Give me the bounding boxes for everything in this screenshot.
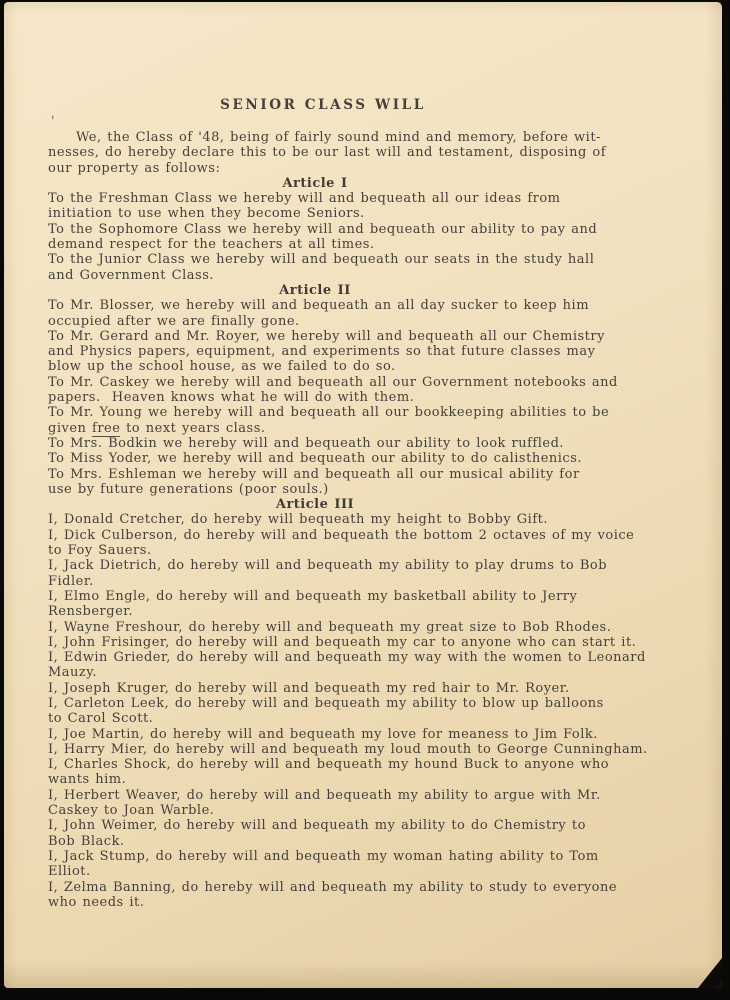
page-title: SENIOR CLASS WILL [4, 97, 642, 113]
text-line: To Mrs. Bodkin we hereby will and bequea… [48, 436, 662, 451]
text-line: occupied after we are finally gone. [48, 314, 662, 329]
text-line: I, Harry Mier, do hereby will and bequea… [48, 742, 662, 757]
text-line: papers. Heaven knows what he will do wit… [48, 390, 662, 405]
text-line: Elliot. [48, 864, 662, 879]
text-line: given free to next years class. [48, 421, 662, 436]
text-line: and Government Class. [48, 268, 662, 283]
article-heading: Article I [48, 176, 582, 191]
text-line: our property as follows: [48, 161, 662, 176]
document-page: SENIOR CLASS WILL ' We, the Class of '48… [4, 2, 722, 988]
text-line: I, Donald Cretcher, do hereby will beque… [48, 512, 662, 527]
text-line: initiation to use when they become Senio… [48, 206, 662, 221]
text-line: I, Jack Dietrich, do hereby will and beq… [48, 558, 662, 573]
article-heading: Article II [48, 283, 582, 298]
text-line: demand respect for the teachers at all t… [48, 237, 662, 252]
text-line: I, Elmo Engle, do hereby will and bequea… [48, 589, 662, 604]
text-line: Caskey to Joan Warble. [48, 803, 662, 818]
text-line: To Miss Yoder, we hereby will and bequea… [48, 451, 662, 466]
text-line: I, Carleton Leek, do hereby will and beq… [48, 696, 662, 711]
text-line: I, Zelma Banning, do hereby will and beq… [48, 880, 662, 895]
text-line: To Mr. Blosser, we hereby will and beque… [48, 298, 662, 313]
text-line: I, Dick Culberson, do hereby will and be… [48, 528, 662, 543]
text-line: To Mr. Gerard and Mr. Royer, we hereby w… [48, 329, 662, 344]
text-line: wants him. [48, 772, 662, 787]
text-line: Mauzy. [48, 665, 662, 680]
text-line: I, Charles Shock, do hereby will and beq… [48, 757, 662, 772]
document-body: We, the Class of '48, being of fairly so… [4, 130, 722, 910]
scanned-page-background: SENIOR CLASS WILL ' We, the Class of '48… [0, 0, 730, 1000]
text-line: To the Junior Class we hereby will and b… [48, 252, 662, 267]
text-line: who needs it. [48, 895, 662, 910]
text-line: We, the Class of '48, being of fairly so… [48, 130, 662, 145]
article-heading: Article III [48, 497, 582, 512]
text-line: I, Joe Martin, do hereby will and bequea… [48, 727, 662, 742]
text-line: Rensberger. [48, 604, 662, 619]
text-line: blow up the school house, as we failed t… [48, 359, 662, 374]
page-corner-shadow [698, 958, 722, 988]
text-line: Bob Black. [48, 834, 662, 849]
text-line: I, Herbert Weaver, do hereby will and be… [48, 788, 662, 803]
text-line: To the Sophomore Class we hereby will an… [48, 222, 662, 237]
text-line: I, Jack Stump, do hereby will and bequea… [48, 849, 662, 864]
text-line: To Mr. Young we hereby will and bequeath… [48, 405, 662, 420]
text-line: I, Wayne Freshour, do hereby will and be… [48, 620, 662, 635]
text-line: I, Edwin Grieder, do hereby will and beq… [48, 650, 662, 665]
text-line: To Mrs. Eshleman we hereby will and bequ… [48, 467, 662, 482]
text-line: To the Freshman Class we hereby will and… [48, 191, 662, 206]
text-line: I, Joseph Kruger, do hereby will and beq… [48, 681, 662, 696]
text-line: Fidler. [48, 574, 662, 589]
underlined-word: free [92, 421, 120, 438]
text-line: and Physics papers, equipment, and exper… [48, 344, 662, 359]
text-line: to Carol Scott. [48, 711, 662, 726]
text-line: use by future generations (poor souls.) [48, 482, 662, 497]
text-line: I, John Weimer, do hereby will and beque… [48, 818, 662, 833]
text-line: To Mr. Caskey we hereby will and bequeat… [48, 375, 662, 390]
stray-mark: ' [51, 114, 55, 129]
text-line: I, John Frisinger, do hereby will and be… [48, 635, 662, 650]
text-line: to Foy Sauers. [48, 543, 662, 558]
text-line: nesses, do hereby declare this to be our… [48, 145, 662, 160]
